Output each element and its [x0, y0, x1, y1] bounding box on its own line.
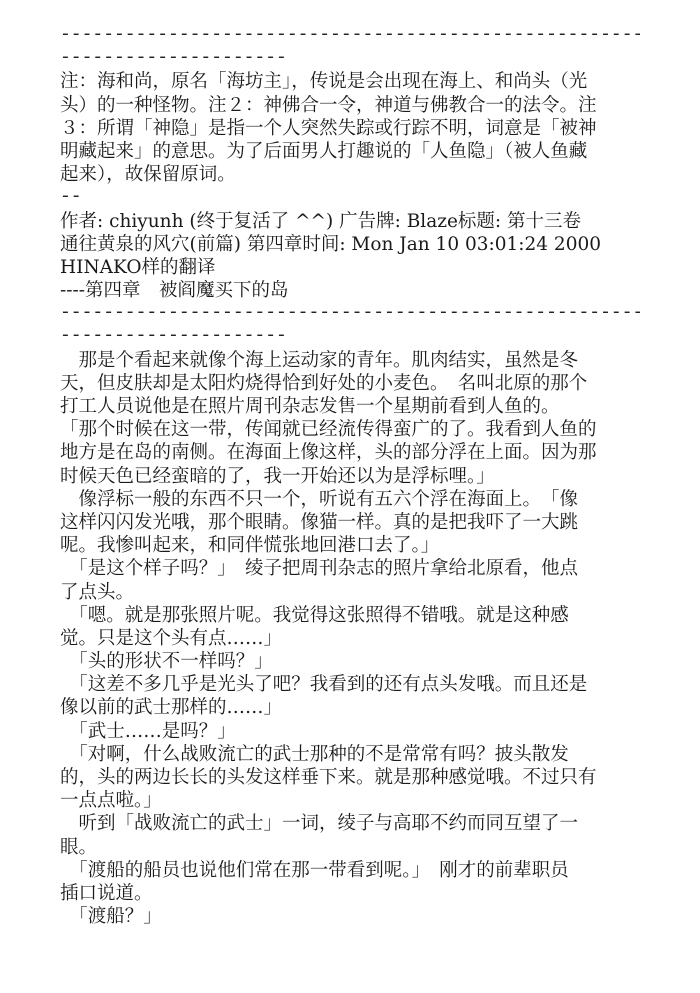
- body-line: 地方是在岛的南侧。在海面上像这样，头的部分浮在上面。因为那: [60, 441, 640, 464]
- body-line: 「渡船？」: [60, 905, 640, 928]
- body-line: 「头的形状不一样吗？」: [60, 650, 640, 673]
- separator-line: ---------------------: [60, 325, 640, 348]
- body-line: 「那个时候在这一带，传闻就已经流传得蛮广的了。我看到人鱼的: [60, 418, 640, 441]
- body-line: 「渡船的船员也说他们常在那一带看到呢。」 刚才的前辈职员: [60, 859, 640, 882]
- translator-notes: 注：海和尚，原名「海坊主」，传说是会出现在海上、和尚头（光 头）的一种怪物。注２…: [60, 70, 640, 186]
- body-line: 「武士……是吗？」: [60, 720, 640, 743]
- note-line: 头）的一种怪物。注２：神佛合一令，神道与佛教合一的法令。注: [60, 94, 640, 117]
- separator-line: ----------------------------------------…: [60, 24, 640, 47]
- header-author-line: 作者: chiyunh (终于复活了 ^^) 广告牌: Blaze标题: 第十三…: [60, 210, 640, 233]
- separator-line: ---------------------: [60, 47, 640, 70]
- body-line: 像以前的武士那样的……」: [60, 696, 640, 719]
- note-line: ３：所谓「神隐」是指一个人突然失踪或行踪不明，词意是「被神: [60, 117, 640, 140]
- document-page: ----------------------------------------…: [60, 24, 640, 928]
- body-line: 那是个看起来就像个海上运动家的青年。肌肉结实，虽然是冬: [60, 349, 640, 372]
- body-line: 这样闪闪发光哦，那个眼睛。像猫一样。真的是把我吓了一大跳: [60, 511, 640, 534]
- body-line: 打工人员说他是在照片周刊杂志发售一个星期前看到人鱼的。: [60, 395, 640, 418]
- body-line: 天，但皮肤却是太阳灼烧得恰到好处的小麦色。 名叫北原的那个: [60, 372, 640, 395]
- story-body: 那是个看起来就像个海上运动家的青年。肌肉结实，虽然是冬 天，但皮肤却是太阳灼烧得…: [60, 349, 640, 929]
- header-title-time-line: 通往黄泉的风穴(前篇) 第四章时间: Mon Jan 10 03:01:24 2…: [60, 233, 640, 256]
- short-separator: --: [60, 186, 640, 209]
- note-line: 注：海和尚，原名「海坊主」，传说是会出现在海上、和尚头（光: [60, 70, 640, 93]
- body-line: 听到「战败流亡的武士」一词，绫子与高耶不约而同互望了一: [60, 812, 640, 835]
- note-line: 明藏起来」的意思。为了后面男人打趣说的「人鱼隐」（被人鱼藏: [60, 140, 640, 163]
- note-line: 起来），故保留原词。: [60, 163, 640, 186]
- header-translator-line: HINAKO样的翻译: [60, 256, 640, 279]
- separator-line: ----------------------------------------…: [60, 302, 640, 325]
- chapter-title: ----第四章 被阎魔买下的岛: [60, 279, 640, 302]
- body-line: 时候天色已经蛮暗的了，我一开始还以为是浮标哩。」: [60, 465, 640, 488]
- body-line: 插口说道。: [60, 882, 640, 905]
- body-line: 了点头。: [60, 581, 640, 604]
- body-line: 眼。: [60, 836, 640, 859]
- body-line: 的，头的两边长长的头发这样垂下来。就是那种感觉哦。不过只有: [60, 766, 640, 789]
- body-line: 呢。我惨叫起来，和同伴慌张地回港口去了。」: [60, 534, 640, 557]
- body-line: 像浮标一般的东西不只一个，听说有五六个浮在海面上。 「像: [60, 488, 640, 511]
- body-line: 「嗯。就是那张照片呢。我觉得这张照得不错哦。就是这种感: [60, 604, 640, 627]
- body-line: 觉。只是这个头有点……」: [60, 627, 640, 650]
- body-line: 一点点啦。」: [60, 789, 640, 812]
- body-line: 「是这个样子吗？」 绫子把周刊杂志的照片拿给北原看，他点: [60, 557, 640, 580]
- body-line: 「这差不多几乎是光头了吧？我看到的还有点头发哦。而且还是: [60, 673, 640, 696]
- post-header: 作者: chiyunh (终于复活了 ^^) 广告牌: Blaze标题: 第十三…: [60, 210, 640, 303]
- body-line: 「对啊，什么战败流亡的武士那种的不是常常有吗？披头散发: [60, 743, 640, 766]
